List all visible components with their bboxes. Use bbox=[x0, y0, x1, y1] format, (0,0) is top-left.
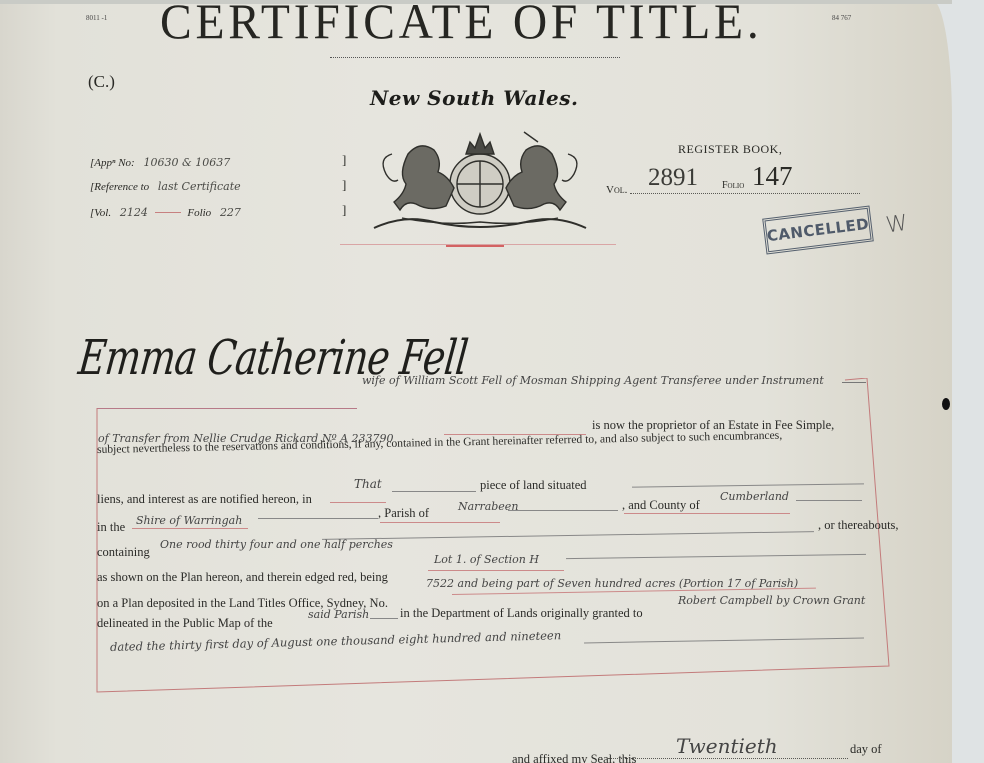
area-value: One rood thirty four and one half perche… bbox=[160, 538, 393, 551]
corner-code: 84 767 bbox=[832, 14, 851, 22]
county-value: Cumberland bbox=[720, 490, 789, 503]
form-number: 8011 -1 bbox=[86, 14, 107, 22]
map-value: said Parish bbox=[308, 608, 369, 621]
delineated-label: delineated in the Public Map of the bbox=[97, 616, 273, 631]
app-value: 10630 & 10637 bbox=[143, 156, 230, 169]
containing-label: containing bbox=[97, 545, 150, 560]
line-filler bbox=[392, 491, 476, 492]
ink-spot bbox=[942, 398, 950, 410]
class-label: (C.) bbox=[88, 72, 115, 92]
field-underline bbox=[132, 528, 248, 529]
previous-volume-row: [Vol. 2124 Folio 227 bbox=[90, 206, 241, 219]
day-dotted-line bbox=[608, 758, 848, 759]
liens-text: liens, and interest as are notified here… bbox=[97, 492, 312, 507]
register-dotted-line bbox=[630, 193, 860, 194]
state-heading: New South Wales. bbox=[370, 86, 578, 110]
line-filler bbox=[508, 510, 618, 511]
vol-value: 2124 bbox=[120, 206, 148, 219]
register-folio-label: Folio bbox=[722, 180, 744, 191]
register-folio-value: 147 bbox=[752, 161, 793, 192]
app-label: [Appⁿ No: bbox=[90, 157, 135, 169]
parish-value: Narrabeen bbox=[458, 500, 518, 513]
title-underline bbox=[330, 52, 620, 58]
dept-label: in the Department of Lands originally gr… bbox=[400, 606, 643, 621]
ref-value: last Certificate bbox=[158, 180, 241, 193]
bracket: ] bbox=[342, 177, 346, 193]
register-book-heading: REGISTER BOOK, bbox=[678, 142, 782, 157]
field-underline bbox=[330, 502, 386, 503]
grantee-value: Robert Campbell by Crown Grant bbox=[678, 594, 865, 607]
line-filler bbox=[796, 500, 862, 501]
thereabouts-text: , or thereabouts, bbox=[818, 518, 899, 533]
in-the-text: in the bbox=[97, 520, 125, 535]
shire-value: Shire of Warringah bbox=[136, 514, 242, 527]
line-filler bbox=[370, 618, 398, 619]
vol-label: [Vol. bbox=[90, 207, 111, 219]
folio-label: Folio bbox=[187, 207, 211, 219]
county-label: , and County of bbox=[622, 498, 700, 513]
certificate-page: 8011 -1 84 767 CERTIFICATE OF TITLE. (C.… bbox=[0, 0, 952, 763]
piece-text: piece of land situated bbox=[480, 478, 587, 493]
bracket: ] bbox=[342, 202, 346, 218]
parish-label: , Parish of bbox=[378, 506, 429, 521]
register-vol-label: Vol. bbox=[606, 184, 627, 196]
reference-row: [Reference to last Certificate bbox=[90, 180, 241, 193]
stamp-text: CANCELLED bbox=[766, 215, 870, 245]
cancelled-stamp: CANCELLED bbox=[762, 206, 874, 255]
day-value: Twentieth bbox=[676, 734, 778, 758]
initial-mark: W bbox=[884, 211, 909, 239]
royal-coat-of-arms-icon bbox=[362, 124, 598, 236]
shown-text: as shown on the Plan hereon, and therein… bbox=[97, 570, 388, 585]
land-that: That bbox=[354, 477, 382, 491]
field-underline bbox=[624, 513, 790, 514]
red-dash bbox=[155, 212, 181, 213]
crest-rule-accent bbox=[446, 245, 504, 247]
line-filler bbox=[258, 518, 378, 519]
bracket: ] bbox=[342, 152, 346, 168]
page-title: CERTIFICATE OF TITLE. bbox=[160, 0, 763, 50]
ref-label: [Reference to bbox=[90, 181, 149, 193]
field-underline bbox=[428, 570, 564, 571]
field-underline bbox=[380, 522, 500, 523]
folio-value: 227 bbox=[220, 206, 241, 219]
register-vol-value: 2891 bbox=[648, 164, 698, 192]
application-number-row: [Appⁿ No: 10630 & 10637 bbox=[90, 156, 230, 169]
day-of-text: day of bbox=[850, 742, 882, 757]
lot-value: Lot 1. of Section H bbox=[434, 553, 539, 566]
